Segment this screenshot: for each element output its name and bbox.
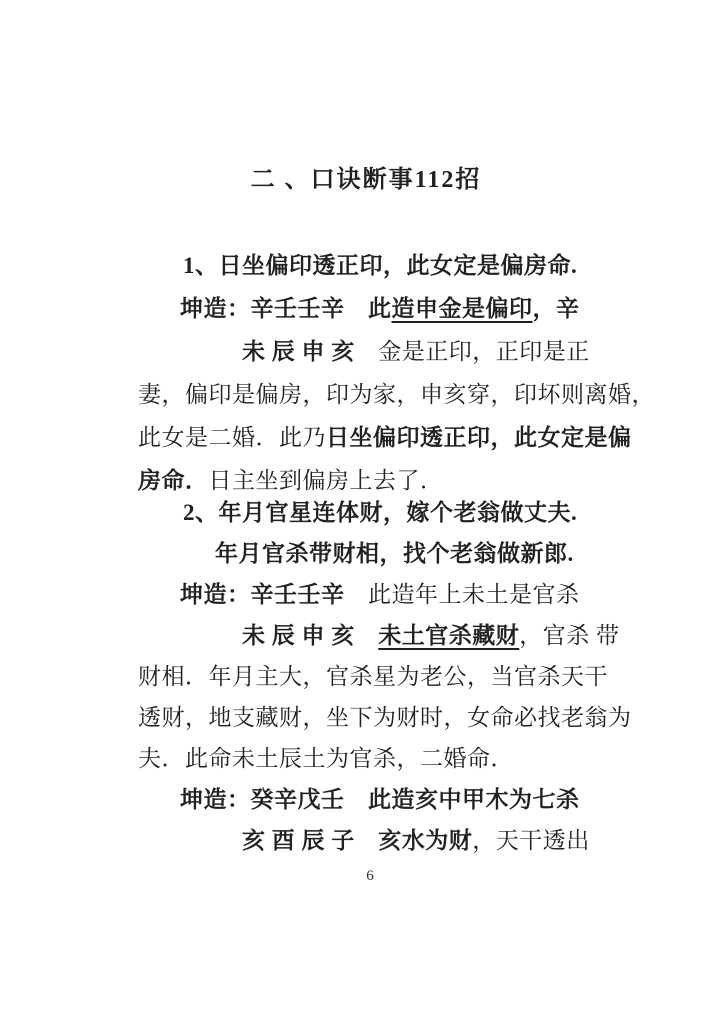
text-run: 年月官杀带财相，找个老翁做新郎. <box>215 541 574 566</box>
rule-1-bazi-stems: 坤造：辛壬壬辛 此造申金是偏印，辛 <box>138 287 594 330</box>
text-run: 房命． <box>138 468 209 493</box>
text-run <box>355 623 379 648</box>
text-run: 亥水为财 <box>378 828 472 853</box>
rule-2-commentary: 夫．此命未土辰土为官杀，二婚命． <box>138 738 594 779</box>
text-run: 未土官杀藏财 <box>378 623 519 648</box>
text-run: 日坐偏印透正印，此女定是偏 <box>326 425 632 450</box>
text-run: ，辛 <box>533 296 580 321</box>
rule-1-commentary: 妻，偏印是偏房，印为家，申亥穿，印坏则离婚， <box>138 373 594 416</box>
text-run: 透财，地支藏财，坐下为财时，女命必找老翁为 <box>138 705 632 730</box>
text-run: 坤造：辛壬壬辛 此 <box>180 296 392 321</box>
text-run <box>355 828 379 853</box>
text-run: 亥 酉 辰 子 <box>242 828 355 853</box>
rule-2-verse: 年月官杀带财相，找个老翁做新郎. <box>138 533 594 574</box>
rule-1-commentary: 此女是二婚．此乃日坐偏印透正印，此女定是偏 <box>138 416 594 459</box>
rule-1-bazi-branches: 未 辰 申 亥 金是正印，正印是正 <box>138 330 594 373</box>
text-run: 造申金是偏印 <box>392 296 533 321</box>
page-content: 二 、口诀断事112招 1、日坐偏印透正印，此女定是偏房命.坤造：辛壬壬辛 此造… <box>138 160 594 861</box>
text-run: 坤造：辛壬壬辛 <box>180 582 345 607</box>
text-run: 妻，偏印是偏房，印为家，申亥穿，印坏则离婚， <box>138 382 655 407</box>
text-run: 日主坐到偏房上去了． <box>209 468 444 493</box>
text-run: 金是正印，正印是正 <box>355 339 590 364</box>
text-run: 财相．年月主大，官杀星为老公，当官杀天干 <box>138 664 608 689</box>
document-body: 1、日坐偏印透正印，此女定是偏房命.坤造：辛壬壬辛 此造申金是偏印，辛未 辰 申… <box>138 244 594 861</box>
text-run: ，官杀 带 <box>519 623 619 648</box>
rule-2-commentary: 透财，地支藏财，坐下为财时，女命必找老翁为 <box>138 697 594 738</box>
text-run: 此女是二婚．此乃 <box>138 425 326 450</box>
rule-2-bazi-stems: 坤造：辛壬壬辛 此造年上未土是官杀 <box>138 574 594 615</box>
document-page: 二 、口诀断事112招 1、日坐偏印透正印，此女定是偏房命.坤造：辛壬壬辛 此造… <box>0 0 724 1024</box>
text-run: ，天干透出 <box>472 828 590 853</box>
text-run: 未 辰 申 亥 <box>242 623 355 648</box>
text-run: 未 辰 申 亥 <box>242 339 355 364</box>
text-run: 夫．此命未土辰土为官杀，二婚命． <box>138 746 514 771</box>
rule-3-bazi-branches: 亥 酉 辰 子 亥水为财，天干透出 <box>138 820 594 861</box>
text-run: 2、年月官星连体财，嫁个老翁做丈夫. <box>183 500 577 525</box>
text-run: 此造年上未土是官杀 <box>345 582 580 607</box>
page-number: 6 <box>0 866 724 886</box>
rule-1-heading: 1、日坐偏印透正印，此女定是偏房命. <box>138 244 594 287</box>
rule-3-bazi-stems: 坤造：癸辛戊壬 此造亥中甲木为七杀 <box>138 779 594 820</box>
rule-2-heading: 2、年月官星连体财，嫁个老翁做丈夫. <box>138 492 594 533</box>
text-run: 1、日坐偏印透正印，此女定是偏房命. <box>183 253 577 278</box>
text-run: 坤造：癸辛戊壬 此造亥中甲木为七杀 <box>180 787 580 812</box>
rule-2-bazi-branches: 未 辰 申 亥 未土官杀藏财，官杀 带 <box>138 615 594 656</box>
rule-2-commentary: 财相．年月主大，官杀星为老公，当官杀天干 <box>138 656 594 697</box>
page-title: 二 、口诀断事112招 <box>138 160 594 200</box>
